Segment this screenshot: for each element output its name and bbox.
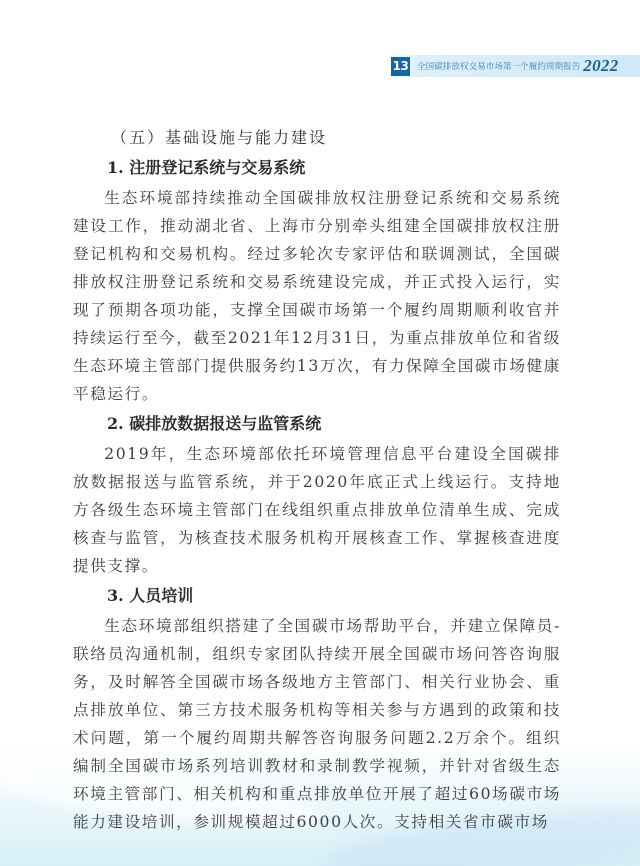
subsection-heading-registry: 1. 注册登记系统与交易系统 [107, 154, 561, 182]
subsection-heading-training: 3. 人员培训 [107, 582, 561, 610]
section-title: （五）基础设施与能力建设 [111, 124, 561, 152]
paragraph-registry: 生态环境部持续推动全国碳排放权注册登记系统和交易系统建设工作，推动湖北省、上海市… [73, 184, 561, 408]
page-number-badge: 13 [391, 57, 410, 76]
subsection-heading-data-reporting: 2. 碳排放数据报送与监管系统 [107, 410, 561, 438]
paragraph-data-reporting: 2019年，生态环境部依托环境管理信息平台建设全国碳排放数据报送与监管系统，并于… [73, 440, 561, 580]
paragraph-training: 生态环境部组织搭建了全国碳市场帮助平台，并建立保障员-联络员沟通机制，组织专家团… [73, 612, 561, 836]
document-body: （五）基础设施与能力建设 1. 注册登记系统与交易系统 生态环境部持续推动全国碳… [73, 124, 561, 838]
report-year: 2022 [583, 56, 618, 76]
report-title: 全国碳排放权交易市场第一个履约周期报告 [417, 60, 580, 72]
running-header: 13 全国碳排放权交易市场第一个履约周期报告 2022 [386, 55, 640, 77]
